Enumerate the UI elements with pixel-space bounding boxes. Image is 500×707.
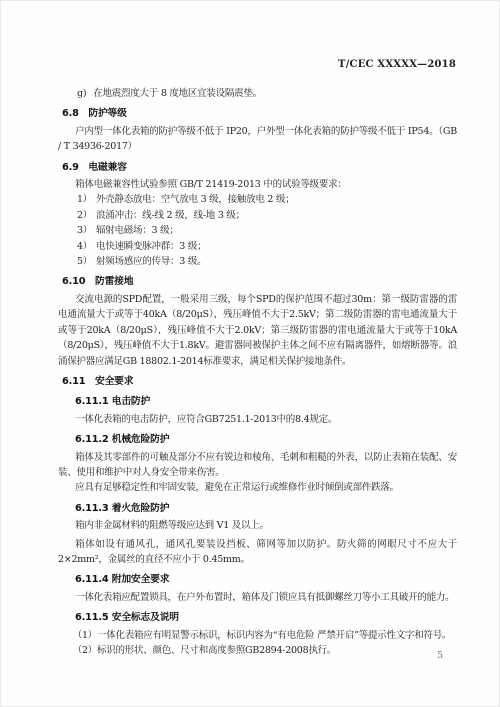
section-6-11-3-heading: 6.11.3 着火危险防护 <box>75 501 457 516</box>
section-6-8: 6.8 防护等级 户内型一体化表箱的防护等级不低于 IP20，户外型一体化表箱的… <box>58 106 457 154</box>
list-item-marker: 4） <box>77 241 92 252</box>
section-6-11-4: 6.11.4 附加安全要求 一体化表箱应配置锁具，在户外布置时，箱体及门锁应具有… <box>58 572 457 605</box>
list-item-text: 电快速瞬变脉冲群：3 级； <box>96 241 206 252</box>
section-6-11-2-paragraph: 箱体及其零部件的可触及部分不应有锐边和棱角、毛刺和粗糙的外表，以防止表箱在装配、… <box>58 450 457 481</box>
list-item: 3）辐射电磁场：3 级； <box>77 223 457 238</box>
list-item-text: 射频场感应的传导：3 级。 <box>96 256 206 267</box>
list-item: 2）浪涌冲击：线-线 2 级，线-地 3 级； <box>77 208 457 223</box>
section-6-9: 6.9 电磁兼容 箱体电磁兼容性试验参照 GB/T 21419-2013 中的试… <box>58 160 457 270</box>
emc-test-list: 1）外壳静态放电：空气放电 3 级，接触放电 2 级； 2）浪涌冲击：线-线 2… <box>58 192 457 269</box>
section-6-10-paragraph: 交流电源的SPD配置，一般采用三级，每个SPD的保护范围不超过30m：第一级防雷… <box>58 292 457 369</box>
section-6-8-heading: 6.8 防护等级 <box>62 106 457 121</box>
list-item-marker: 2） <box>77 210 92 221</box>
list-item: 5）射频场感应的传导：3 级。 <box>77 254 457 269</box>
section-6-11-2-paragraph: 应具有足够稳定性和牢固安装，避免在正常运行或维修作业时倾倒或部件跌落。 <box>58 480 457 495</box>
list-item-marker: 3） <box>77 225 92 236</box>
section-6-11-1-heading: 6.11.1 电击防护 <box>75 394 457 409</box>
section-6-11-5-item: （2）标识的形状、颜色、尺寸和高度参照GB2894-2008执行。 <box>58 643 457 658</box>
section-6-11-5-heading: 6.11.5 安全标志及说明 <box>75 610 457 625</box>
section-6-11-1: 6.11.1 电击防护 一体化表箱的电击防护，应符合GB7251.1-2013中… <box>58 394 457 427</box>
list-item: 1）外壳静态放电：空气放电 3 级，接触放电 2 级； <box>77 192 457 207</box>
list-item-g: g)在地震烈度大于 8 度地区宜装设隔震垫。 <box>58 86 457 101</box>
section-6-11-5-item: （1）一体化表箱应有明显警示标识，标识内容为“有电危险 严禁开启”等提示性文字和… <box>58 628 457 643</box>
list-item-marker: 5） <box>77 256 92 267</box>
section-6-11-3-paragraph: 箱内非金属材料的阻燃等级应达到 V1 及以上。 <box>58 518 457 533</box>
list-item-g-marker: g) <box>77 88 86 99</box>
section-6-11-3: 6.11.3 着火危险防护 箱内非金属材料的阻燃等级应达到 V1 及以上。 箱体… <box>58 501 457 568</box>
section-6-9-heading: 6.9 电磁兼容 <box>62 160 457 175</box>
section-6-11-heading: 6.11 安全要求 <box>62 374 457 389</box>
page-number: 5 <box>437 649 443 664</box>
list-item-marker: 1） <box>77 194 92 205</box>
section-6-11-2: 6.11.2 机械危险防护 箱体及其零部件的可触及部分不应有锐边和棱角、毛刺和粗… <box>58 432 457 496</box>
section-6-11-2-heading: 6.11.2 机械危险防护 <box>75 432 457 447</box>
list-item: 4）电快速瞬变脉冲群：3 级； <box>77 239 457 254</box>
section-6-10: 6.10 防雷接地 交流电源的SPD配置，一般采用三级，每个SPD的保护范围不超… <box>58 274 457 368</box>
section-6-10-heading: 6.10 防雷接地 <box>62 274 457 289</box>
section-6-11-1-paragraph: 一体化表箱的电击防护，应符合GB7251.1-2013中的8.4规定。 <box>58 412 457 427</box>
section-6-11-4-heading: 6.11.4 附加安全要求 <box>75 572 457 587</box>
list-item-text: 浪涌冲击：线-线 2 级，线-地 3 级； <box>96 210 245 221</box>
section-6-8-paragraph: 户内型一体化表箱的防护等级不低于 IP20，户外型一体化表箱的防护等级不低于 I… <box>58 124 457 155</box>
list-item-text: 辐射电磁场：3 级； <box>96 225 179 236</box>
doc-number: T/CEC XXXXX—2018 <box>338 57 456 72</box>
section-6-11: 6.11 安全要求 6.11.1 电击防护 一体化表箱的电击防护，应符合GB72… <box>58 374 457 659</box>
section-6-11-3-paragraph: 箱体如设有通风孔，通风孔要装设挡板、筛网等加以防护。防火筛的网眼尺寸不应大于 2… <box>58 537 457 568</box>
document-page: T/CEC XXXXX—2018 g)在地震烈度大于 8 度地区宜装设隔震垫。 … <box>0 0 500 707</box>
section-6-11-5: 6.11.5 安全标志及说明 （1）一体化表箱应有明显警示标识，标识内容为“有电… <box>58 610 457 658</box>
section-6-11-4-paragraph: 一体化表箱应配置锁具，在户外布置时，箱体及门锁应具有抵御螺丝刀等小工具破开的能力… <box>58 590 457 605</box>
list-item-text: 外壳静态放电：空气放电 3 级，接触放电 2 级； <box>96 194 294 205</box>
list-item-g-text: 在地震烈度大于 8 度地区宜装设隔震垫。 <box>93 88 262 99</box>
section-6-9-intro: 箱体电磁兼容性试验参照 GB/T 21419-2013 中的试验等级要求： <box>58 177 457 192</box>
